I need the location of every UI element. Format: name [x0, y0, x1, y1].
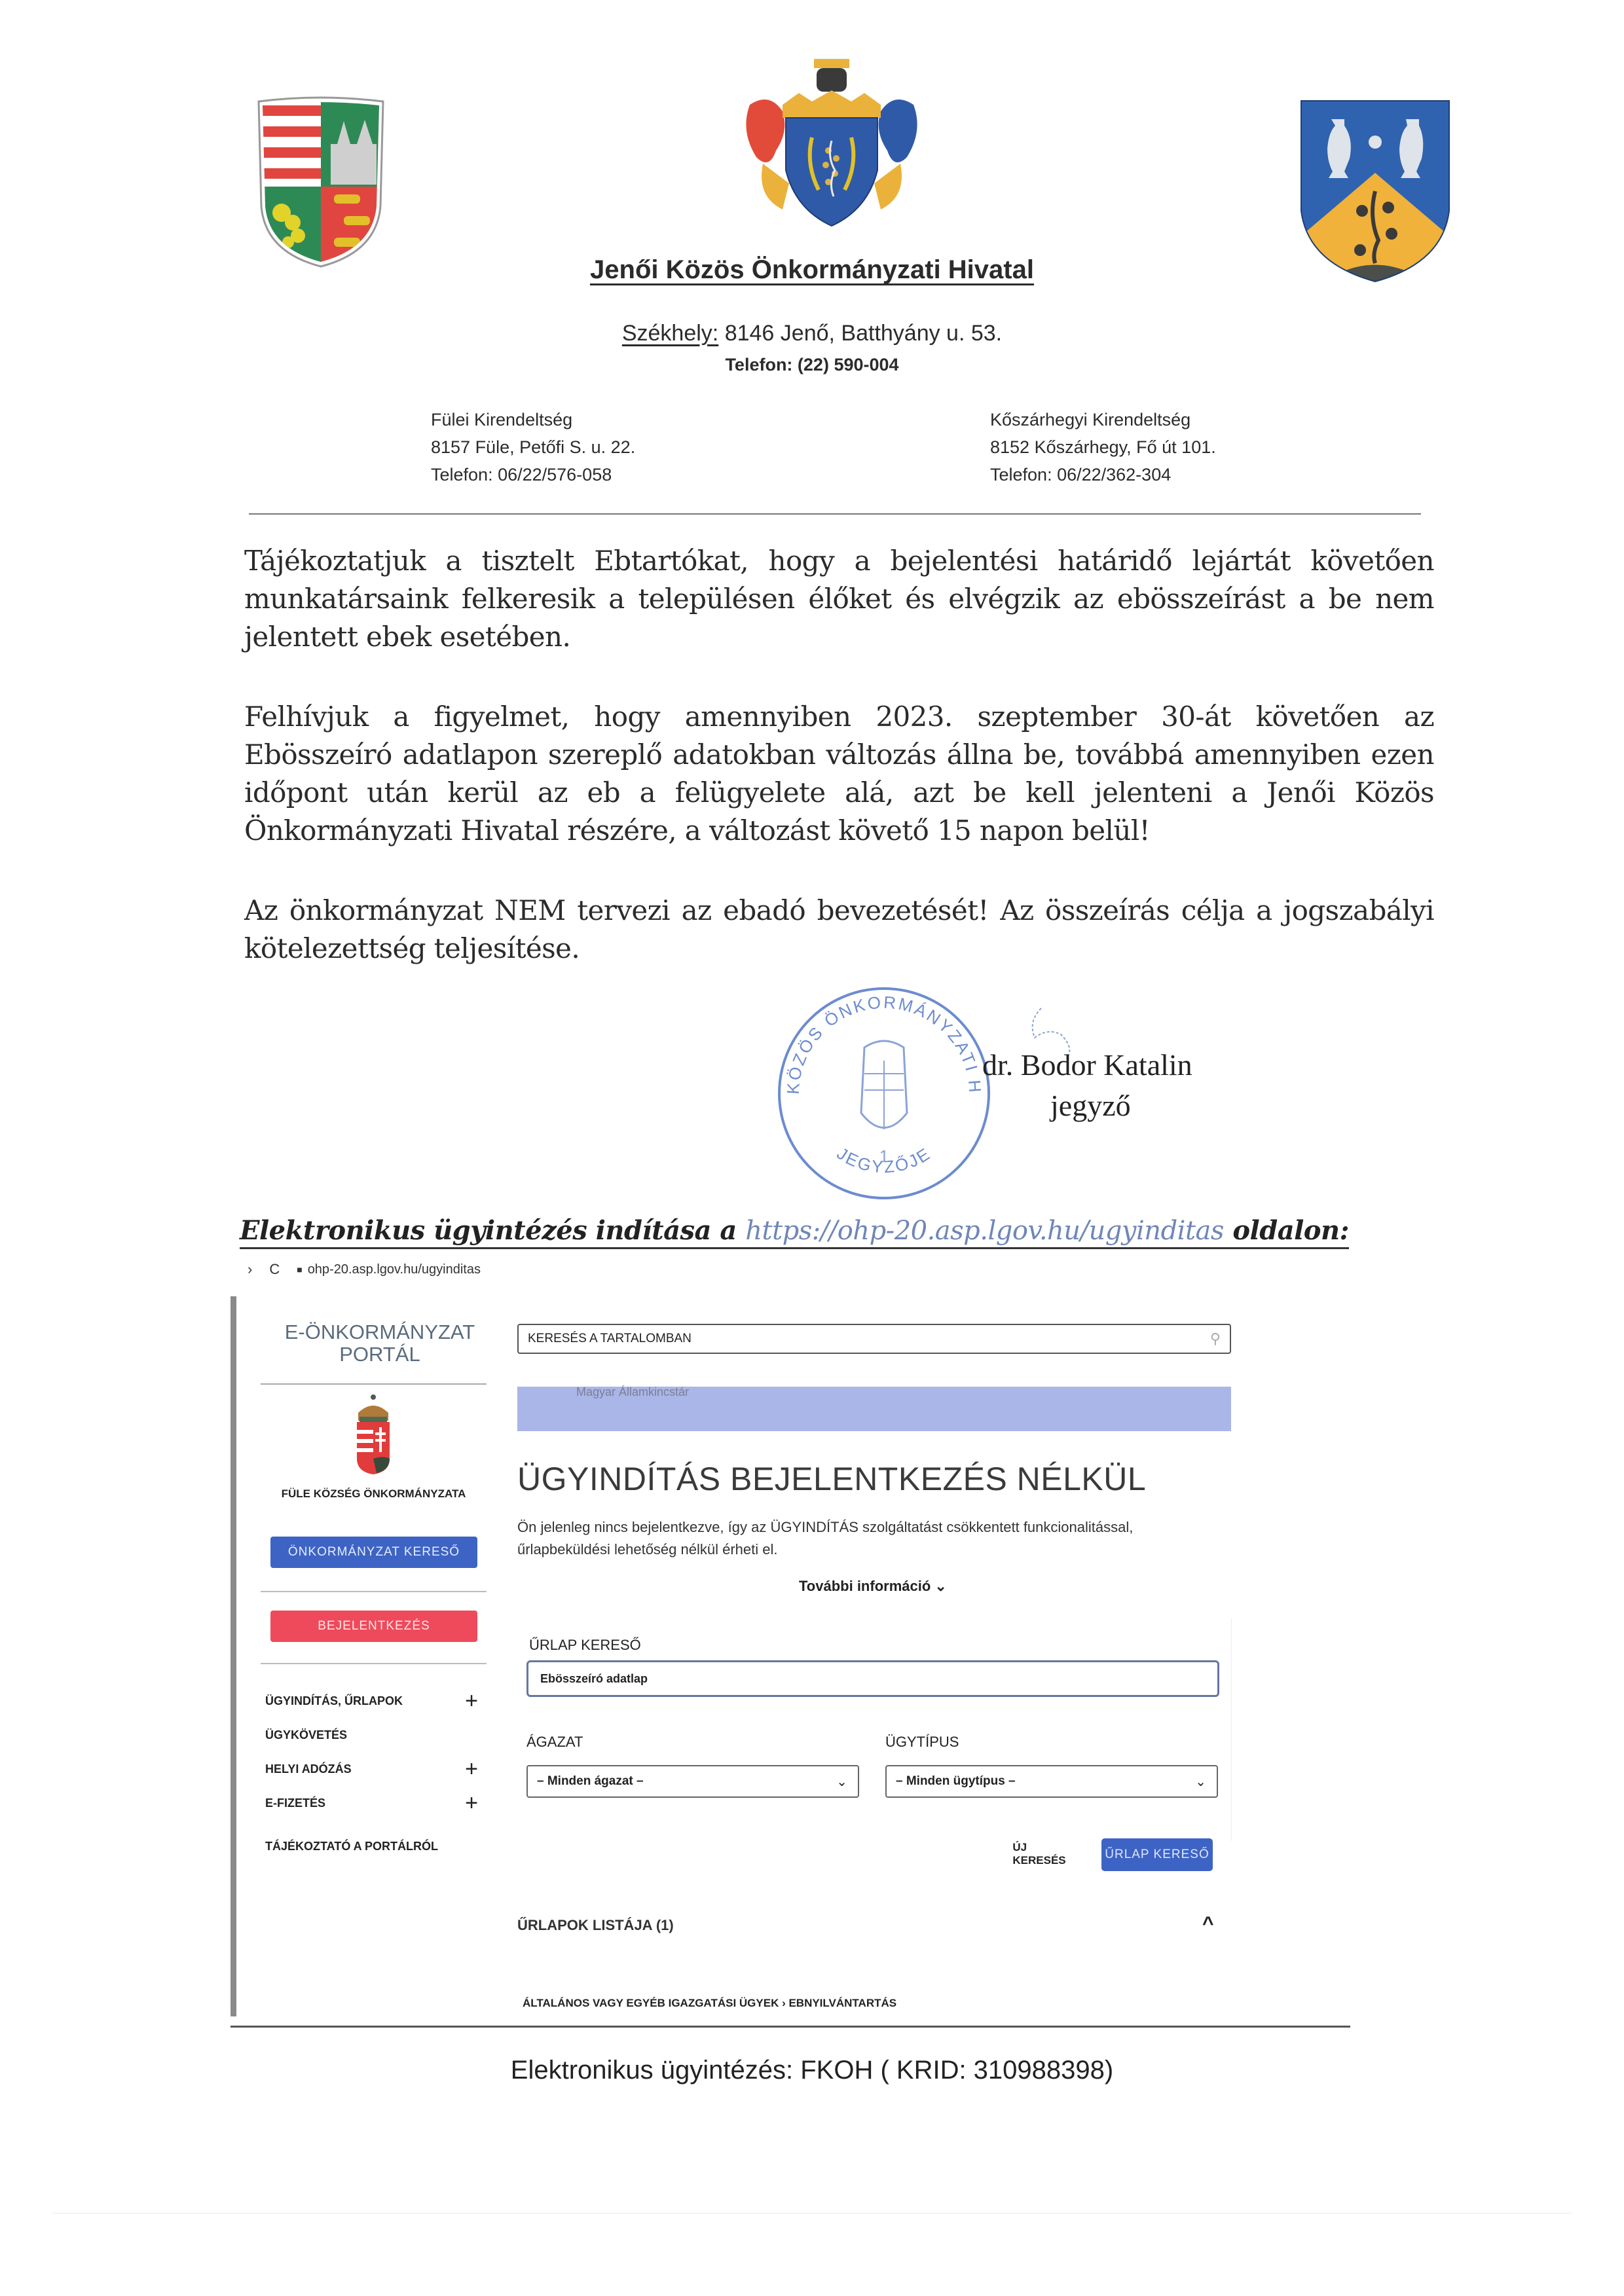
branch-fule: Fülei Kirendeltség 8157 Füle, Petőfi S. …	[431, 406, 635, 488]
branch-phone: Telefon: 06/22/362-304	[990, 461, 1216, 488]
sidebar-item-e-fizetes[interactable]: E-FIZETÉS +	[265, 1786, 481, 1820]
signatory-role: jegyző	[1050, 1088, 1131, 1123]
official-stamp-icon: JENŐI KÖZÖS ÖNKORMÁNYZATI HIVATAL JEGYZŐ…	[773, 982, 995, 1205]
new-search-button[interactable]: ÚJ KERESÉS	[1018, 1840, 1060, 1868]
signatory-name: dr. Bodor Katalin	[982, 1048, 1192, 1082]
office-title: Jenői Közös Önkormányzati Hivatal	[0, 255, 1624, 285]
stamp-text-top: JENŐI KÖZÖS ÖNKORMÁNYZATI HIVATAL	[773, 982, 985, 1095]
chevron-down-icon: ⌄	[836, 1774, 847, 1790]
sidebar-divider	[261, 1591, 487, 1592]
collapse-caret-icon[interactable]: ^	[1202, 1913, 1214, 1935]
sidebar-menu: ÜGYINDÍTÁS, ŰRLAPOK + ÜGYKÖVETÉS HELYI A…	[265, 1684, 481, 1863]
form-search-input[interactable]: Ebösszeíró adatlap	[526, 1660, 1219, 1697]
forward-icon[interactable]: ›	[248, 1261, 252, 1278]
sector-label: ÁGAZAT	[526, 1734, 583, 1751]
lock-icon: ■	[297, 1264, 302, 1275]
municipality-search-button[interactable]: ÖNKORMÁNYZAT KERESŐ	[270, 1537, 477, 1568]
stamp-number: 1	[879, 1146, 889, 1166]
more-info-toggle[interactable]: További információ ⌄	[799, 1578, 947, 1595]
case-type-label: ÜGYTÍPUS	[885, 1734, 959, 1751]
branch-name: Fülei Kirendeltség	[431, 406, 635, 433]
branch-address: 8157 Füle, Petőfi S. u. 22.	[431, 433, 635, 461]
form-list-title: ŰRLAPOK LISTÁJA (1)	[517, 1917, 674, 1934]
branch-phone: Telefon: 06/22/576-058	[431, 461, 635, 488]
scan-artifact-line	[52, 2213, 1572, 2214]
office-seat: Székhely: 8146 Jenő, Batthyány u. 53.	[0, 321, 1624, 346]
browser-url[interactable]: ohp-20.asp.lgov.hu/ugyinditas	[308, 1262, 481, 1277]
sidebar-divider	[261, 1663, 487, 1664]
sidebar-divider	[261, 1383, 487, 1385]
portal-scroll-edge	[231, 1296, 236, 2016]
banner-text: Magyar Államkincstár	[576, 1385, 689, 1399]
branch-koszarhegy: Kőszárhegyi Kirendeltség 8152 Kőszárhegy…	[990, 406, 1216, 488]
fule-crest-icon	[252, 95, 390, 272]
not-logged-in-notice: Ön jelenleg nincs bejelentkezve, így az …	[517, 1516, 1238, 1561]
form-search-label: ŰRLAP KERESŐ	[529, 1637, 641, 1654]
paragraph-change-reporting: Felhívjuk a figyelmet, hogy amennyiben 2…	[244, 698, 1434, 850]
svg-text:JENŐI KÖZÖS ÖNKORMÁNYZATI HIVA: JENŐI KÖZÖS ÖNKORMÁNYZATI HIVATAL	[773, 982, 985, 1095]
sector-select[interactable]: – Minden ágazat – ⌄	[526, 1765, 859, 1798]
branch-name: Kőszárhegyi Kirendeltség	[990, 406, 1216, 433]
office-phone: Telefon: (22) 590-004	[0, 355, 1624, 375]
chevron-down-icon: ⌄	[1195, 1774, 1206, 1790]
jeno-crest-icon	[737, 52, 927, 236]
expand-plus-icon[interactable]: +	[462, 1791, 481, 1816]
expand-plus-icon[interactable]: +	[462, 1688, 481, 1714]
list-item[interactable]: ÁLTALÁNOS VAGY EGYÉB IGAZGATÁSI ÜGYEK › …	[523, 1997, 896, 2010]
sidebar-item-ugyinditas[interactable]: ÜGYINDÍTÁS, ŰRLAPOK +	[265, 1684, 481, 1718]
search-icon[interactable]: ⚲	[1210, 1330, 1221, 1347]
chevron-down-icon: ⌄	[934, 1578, 946, 1594]
header-divider	[249, 513, 1421, 515]
reload-icon[interactable]: C	[269, 1261, 280, 1278]
electronic-procedure-line: Elektronikus ügyintézés indítása a https…	[240, 1215, 1349, 1249]
form-search-button[interactable]: ŰRLAP KERESŐ	[1101, 1838, 1213, 1871]
paragraph-no-dog-tax: Az önkormányzat NEM tervezi az ebadó bev…	[244, 892, 1434, 968]
sidebar-item-tajekoztato[interactable]: TÁJÉKOZTATÓ A PORTÁLRÓL	[265, 1829, 481, 1863]
municipality-name: FÜLE KÖZSÉG ÖNKORMÁNYZATA	[261, 1487, 487, 1501]
content-search-input[interactable]: KERESÉS A TARTALOMBAN ⚲	[517, 1324, 1231, 1354]
ugyinditas-link[interactable]: https://ohp-20.asp.lgov.hu/ugyinditas	[745, 1216, 1224, 1246]
sidebar-item-helyi-adozas[interactable]: HELYI ADÓZÁS +	[265, 1752, 481, 1786]
browser-address-bar: › C ■ ohp-20.asp.lgov.hu/ugyinditas	[248, 1261, 481, 1278]
case-type-select[interactable]: – Minden ügytípus – ⌄	[885, 1765, 1218, 1798]
portal-brand: E-ÖNKORMÁNYZAT PORTÁL	[275, 1321, 485, 1366]
branch-address: 8152 Kőszárhegy, Fő út 101.	[990, 433, 1216, 461]
page-title: ÜGYINDÍTÁS BEJELENTKEZÉS NÉLKÜL	[517, 1460, 1146, 1498]
search-placeholder: KERESÉS A TARTALOMBAN	[528, 1332, 1210, 1346]
hungary-coat-of-arms-icon	[350, 1393, 396, 1478]
sidebar-item-ugykovetes[interactable]: ÜGYKÖVETÉS	[265, 1718, 481, 1752]
paragraph-notice: Tájékoztatjuk a tisztelt Ebtartókat, hog…	[244, 542, 1434, 656]
footer-krid: Elektronikus ügyintézés: FKOH ( KRID: 31…	[0, 2056, 1624, 2085]
expand-plus-icon[interactable]: +	[462, 1757, 481, 1782]
login-button[interactable]: BEJELENTKEZÉS	[270, 1611, 477, 1642]
portal-bottom-divider	[231, 2026, 1350, 2028]
